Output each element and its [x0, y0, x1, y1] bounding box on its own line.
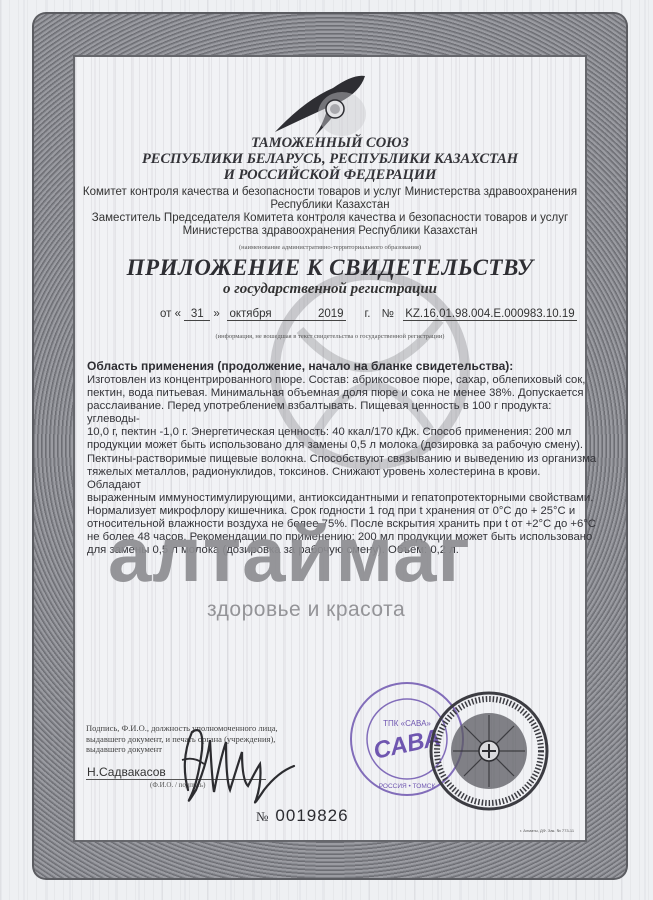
- state-seal-icon: [428, 690, 550, 812]
- description-line: 10,0 г, пектин -1,0 г. Энергетическая це…: [87, 426, 597, 439]
- serial-value: 0019826: [275, 806, 348, 825]
- registration-line: от « 31 » октября 2019 г. № KZ.16.01.98.…: [160, 308, 577, 321]
- issuing-authority: Комитет контроля качества и безопасности…: [75, 186, 585, 254]
- signer-name: Н.Садвакасов: [87, 765, 166, 779]
- description-line: Изготовлен из концентрированного пюре. С…: [87, 374, 597, 387]
- union-line-2: РЕСПУБЛИКИ БЕЛАРУСЬ, РЕСПУБЛИКИ КАЗАХСТА…: [75, 151, 585, 167]
- number-sign: №: [382, 308, 394, 320]
- registration-year: 2019: [318, 308, 344, 320]
- customs-union-title: ТАМОЖЕННЫЙ СОЮЗ РЕСПУБЛИКИ БЕЛАРУСЬ, РЕС…: [75, 135, 585, 183]
- document-title: ПРИЛОЖЕНИЕ К СВИДЕТЕЛЬСТВУ: [75, 255, 585, 281]
- date-prefix: от «: [160, 308, 181, 320]
- description-line: тяжелых металлов, радионуклидов, токсино…: [87, 466, 597, 492]
- printer-imprint: г. Алматы, ДФ. Зак. № 773-11: [520, 828, 574, 833]
- company-stamp-city: РОССИЯ • ТОМСК: [379, 783, 436, 790]
- year-suffix: г.: [364, 308, 370, 320]
- document-subtitle: о государственной регистрации: [75, 281, 585, 298]
- customs-union-emblem-icon: [265, 60, 385, 140]
- date-quote: »: [213, 308, 219, 320]
- description-line: пектин, вода питьевая. Минимальная объем…: [87, 387, 597, 400]
- registration-month-year: октября 2019: [227, 308, 346, 321]
- handwritten-signature-icon: [160, 720, 300, 810]
- authority-caption: (наименование административно-территориа…: [75, 241, 585, 254]
- watermark-brand: алтаймаг: [108, 515, 471, 593]
- registration-day: 31: [184, 308, 210, 321]
- description-line: Пектины-растворимые пищевые волокна. Спо…: [87, 453, 597, 466]
- serial-sign: №: [256, 809, 269, 824]
- registration-caption: (информация, не вошедшая в текст свидете…: [75, 333, 585, 340]
- union-line-3: И РОССИЙСКОЙ ФЕДЕРАЦИИ: [75, 167, 585, 183]
- union-line-1: ТАМОЖЕННЫЙ СОЮЗ: [75, 135, 585, 151]
- watermark-tagline: здоровье и красота: [207, 598, 405, 622]
- authority-line-3: Заместитель Председателя Комитета контро…: [75, 212, 585, 225]
- authority-line-2: Республики Казахстан: [75, 199, 585, 212]
- authority-line-4: Министерства здравоохранения Республики …: [75, 225, 585, 238]
- description-line: продукции может быть использовано для за…: [87, 439, 597, 452]
- registration-month: октября: [229, 308, 271, 320]
- description-line: выраженным иммуностимулирующими, антиокс…: [87, 492, 597, 505]
- form-serial-number: №0019826: [256, 806, 349, 826]
- description-line: расслаивание. Перед употреблением взбалт…: [87, 400, 597, 426]
- authority-line-1: Комитет контроля качества и безопасности…: [75, 186, 585, 199]
- scope-heading: Область применения (продолжение, начало …: [87, 359, 513, 373]
- registration-number: KZ.16.01.98.004.E.000983.10.19: [403, 308, 576, 321]
